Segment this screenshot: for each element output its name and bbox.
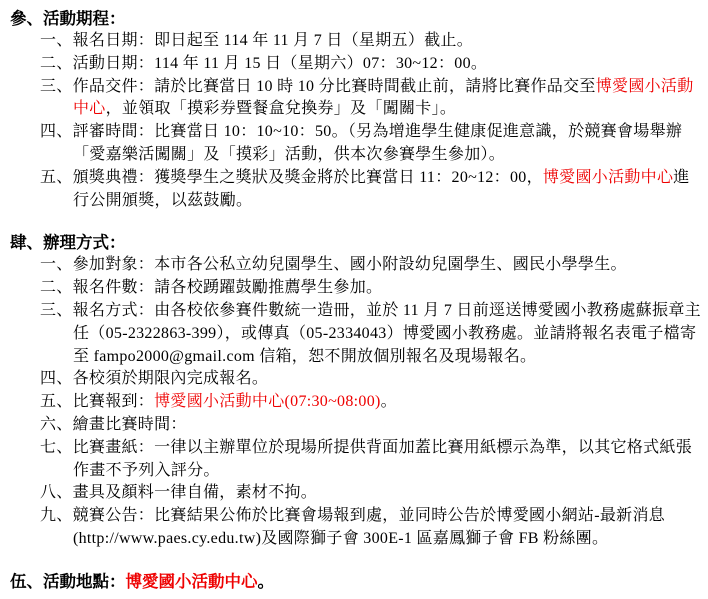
list-item: 三、作品交件：請於比賽當日 10 時 10 分比賽時間截止前，請將比賽作品交至博… bbox=[0, 76, 704, 122]
item-number: 九、 bbox=[40, 507, 73, 524]
text-segment: 報名件數：請各校踴躍鼓勵推薦學生參加。 bbox=[73, 279, 383, 296]
item-number: 四、 bbox=[40, 370, 73, 387]
list-item: 三、報名方式：由各校依參賽件數統一造冊，並於 11 月 7 日前逕送博愛國小教務… bbox=[0, 300, 704, 368]
heading-segment: 肆、辦理方式： bbox=[10, 233, 126, 252]
heading-segment: 。 bbox=[258, 572, 275, 591]
list-item: 四、各校須於期限內完成報名。 bbox=[0, 368, 704, 391]
text-segment: 競賽公告：比賽結果公佈於比賽會場報到處，並同時公告於博愛國小網站-最新消息(ht… bbox=[73, 507, 665, 547]
item-number: 三、 bbox=[40, 78, 73, 95]
text-segment: 活動日期：114 年 11 月 15 日（星期六）07：30~12：00。 bbox=[73, 55, 488, 72]
heading-segment: 參、活動期程： bbox=[10, 9, 126, 28]
text-segment: 比賽畫紙：一律以主辦單位於現場所提供背面加蓋比賽用紙標示為準，以其它格式紙張作畫… bbox=[73, 439, 692, 479]
text-segment: 報名方式：由各校依參賽件數統一造冊，並於 11 月 7 日前逕送博愛國小教務處蘇… bbox=[73, 302, 701, 365]
heading-segment: 伍、活動地點： bbox=[10, 572, 126, 591]
section-heading: 伍、活動地點：博愛國小活動中心。 bbox=[0, 570, 704, 593]
section-heading: 肆、辦理方式： bbox=[0, 231, 704, 254]
highlighted-text-segment: 博愛國小活動中心 bbox=[543, 169, 673, 186]
text-segment: 參加對象：本市各公私立幼兒園學生、國小附設幼兒園學生、國民小學學生。 bbox=[73, 256, 627, 273]
list-item: 五、頒獎典禮：獲獎學生之獎狀及獎金將於比賽當日 11：20~12：00，博愛國小… bbox=[0, 167, 704, 213]
list-item: 二、報名件數：請各校踴躍鼓勵推薦學生參加。 bbox=[0, 277, 704, 300]
item-number: 二、 bbox=[40, 55, 73, 72]
item-number: 四、 bbox=[40, 123, 73, 140]
text-segment: 。 bbox=[381, 393, 397, 410]
item-number: 二、 bbox=[40, 279, 73, 296]
item-number: 一、 bbox=[40, 32, 73, 49]
text-segment: 評審時間：比賽當日 10：10~10：50。（另為增進學生健康促進意識，於競賽會… bbox=[73, 123, 683, 163]
list-item: 五、比賽報到：博愛國小活動中心(07:30~08:00)。 bbox=[0, 391, 704, 414]
text-segment: 比賽報到： bbox=[73, 393, 155, 410]
section-1: 肆、辦理方式：一、參加對象：本市各公私立幼兒園學生、國小附設幼兒園學生、國民小學… bbox=[0, 231, 704, 550]
highlighted-text-segment: 博愛國小活動中心(07:30~08:00) bbox=[154, 393, 381, 410]
list-item: 四、評審時間：比賽當日 10：10~10：50。（另為增進學生健康促進意識，於競… bbox=[0, 121, 704, 167]
item-number: 六、 bbox=[40, 416, 73, 433]
item-number: 七、 bbox=[40, 439, 73, 456]
document-page: 參、活動期程：一、報名日期：即日起至 114 年 11 月 7 日（星期五）截止… bbox=[0, 0, 708, 599]
text-segment: ，並領取「摸彩券暨餐盒兌換券」及「闖關卡」。 bbox=[106, 100, 457, 117]
list-item: 一、報名日期：即日起至 114 年 11 月 7 日（星期五）截止。 bbox=[0, 30, 704, 53]
list-item: 八、畫具及顏料一律自備，素材不拘。 bbox=[0, 482, 704, 505]
item-number: 五、 bbox=[40, 169, 73, 186]
text-segment: 各校須於期限內完成報名。 bbox=[73, 370, 269, 387]
heading-segment: 博愛國小活動中心 bbox=[126, 572, 258, 591]
item-number: 三、 bbox=[40, 302, 73, 319]
section-2: 伍、活動地點：博愛國小活動中心。 bbox=[0, 570, 704, 593]
item-number: 八、 bbox=[40, 484, 73, 501]
item-number: 一、 bbox=[40, 256, 73, 273]
list-item: 七、比賽畫紙：一律以主辦單位於現場所提供背面加蓋比賽用紙標示為準，以其它格式紙張… bbox=[0, 437, 704, 483]
list-item: 六、繪畫比賽時間： bbox=[0, 414, 704, 437]
text-segment: 畫具及顏料一律自備，素材不拘。 bbox=[73, 484, 318, 501]
text-segment: 報名日期：即日起至 114 年 11 月 7 日（星期五）截止。 bbox=[73, 32, 473, 49]
list-item: 二、活動日期：114 年 11 月 15 日（星期六）07：30~12：00。 bbox=[0, 53, 704, 76]
section-0: 參、活動期程：一、報名日期：即日起至 114 年 11 月 7 日（星期五）截止… bbox=[0, 7, 704, 212]
text-segment: 頒獎典禮：獲獎學生之獎狀及獎金將於比賽當日 11：20~12：00， bbox=[73, 169, 543, 186]
section-heading: 參、活動期程： bbox=[0, 7, 704, 30]
list-item: 九、競賽公告：比賽結果公佈於比賽會場報到處，並同時公告於博愛國小網站-最新消息(… bbox=[0, 505, 704, 551]
item-number: 五、 bbox=[40, 393, 73, 410]
text-segment: 作品交件：請於比賽當日 10 時 10 分比賽時間截止前，請將比賽作品交至 bbox=[73, 78, 596, 95]
text-segment: 繪畫比賽時間： bbox=[73, 416, 187, 433]
list-item: 一、參加對象：本市各公私立幼兒園學生、國小附設幼兒園學生、國民小學學生。 bbox=[0, 254, 704, 277]
document-body: 參、活動期程：一、報名日期：即日起至 114 年 11 月 7 日（星期五）截止… bbox=[0, 7, 704, 593]
